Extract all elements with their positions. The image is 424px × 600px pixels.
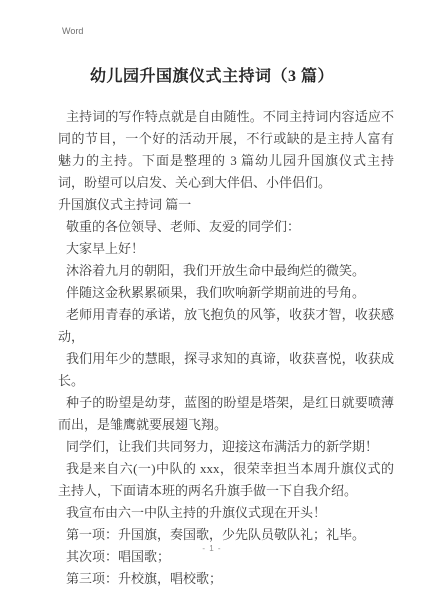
page-number: - 1 - [0, 544, 424, 553]
document-title: 幼儿园升国旗仪式主持词（3 篇） [30, 63, 394, 86]
paragraph: 种子的盼望是幼芽，蓝图的盼望是塔架，是红日就要喷薄而出，是雏鹰就要展翅飞翔。 [58, 392, 394, 436]
word-app-label: Word [62, 26, 83, 36]
paragraph-agenda-item-3: 第三项：升校旗，唱校歌； [58, 568, 394, 590]
paragraph: 同学们，让我们共同努力，迎接这布满活力的新学期！ [58, 436, 394, 458]
paragraph: 我们用年少的慧眼，探寻求知的真谛，收获喜悦，收获成长。 [58, 348, 394, 392]
paragraph: 沐浴着九月的朝阳，我们开放生命中最绚烂的微笑。 [58, 260, 394, 282]
document-page: Word 幼儿园升国旗仪式主持词（3 篇） 主持词的写作特点就是自由随性。不同主… [0, 0, 424, 600]
paragraph: 老师用青春的承诺，放飞抱负的风筝，收获才智，收获感动， [58, 304, 394, 348]
paragraph-intro: 主持词的写作特点就是自由随性。不同主持词内容适应不同的节目，一个好的活动开展，不… [58, 106, 394, 194]
paragraph: 大家早上好！ [58, 238, 394, 260]
document-body: 主持词的写作特点就是自由随性。不同主持词内容适应不同的节目，一个好的活动开展，不… [58, 106, 394, 590]
paragraph: 伴随这金秋累累硕果，我们吹响新学期前进的号角。 [58, 282, 394, 304]
paragraph-greeting: 敬重的各位领导、老师、友爱的同学们： [58, 216, 394, 238]
paragraph-agenda-item-1: 第一项：升国旗，奏国歌，少先队员敬队礼；礼毕。 [58, 524, 394, 546]
paragraph: 我宣布由六一中队主持的升旗仪式现在开头！ [58, 502, 394, 524]
paragraph: 我是来自六(一)中队的 xxx，很荣幸担当本周升旗仪式的主持人，下面请本班的两名… [58, 458, 394, 502]
paragraph-section-heading: 升国旗仪式主持词 篇一 [58, 194, 394, 216]
